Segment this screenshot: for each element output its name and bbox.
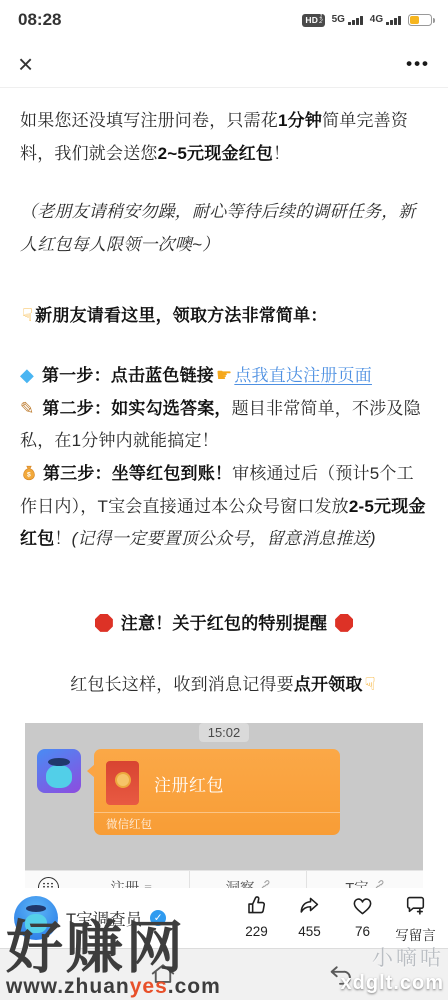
gem-icon: ◆ <box>20 365 34 385</box>
point-right-icon: ☛ <box>216 365 232 385</box>
favorite-icon <box>350 893 375 923</box>
status-icons: HD 12 5G 4G <box>302 14 432 27</box>
like-count: 229 <box>245 924 268 939</box>
text-segment: 如果您还没填写注册问卷，只需花 <box>20 111 278 130</box>
text-segment: 第二步：如实勾选答案， <box>42 399 231 418</box>
point-down-icon: ☟ <box>22 305 33 325</box>
money-bag-icon: $ <box>20 464 38 483</box>
text-segment: ！ <box>273 144 290 163</box>
bottom-nav <box>0 948 448 1000</box>
back-icon[interactable] <box>326 960 356 995</box>
share-icon <box>297 893 322 923</box>
text-segment: （老朋友请稍安勿躁，耐心等待后续的调研任务，新人红包每人限领一次噢~） <box>20 202 416 254</box>
status-bar: 08:28 HD 12 5G 4G <box>0 0 448 40</box>
like-icon <box>244 893 269 923</box>
paragraph-step-2: ✎ 第二步：如实勾选答案，题目非常简单，不涉及隐私，在1分钟内就能搞定！ <box>20 393 428 458</box>
text-segment: 注意！关于红包的特别提醒 <box>116 614 332 633</box>
clock-label: 08:28 <box>18 10 61 30</box>
paragraph-note-old-friends: （老朋友请稍安勿躁，耐心等待后续的调研任务，新人红包每人限领一次噢~） <box>20 196 428 261</box>
close-icon[interactable]: × <box>18 51 33 77</box>
text-segment: 第一步：点击蓝色链接 <box>42 366 214 385</box>
text-segment: 新朋友请看这里，领取方法非常简单： <box>35 306 327 325</box>
redpacket-source: 微信红包 <box>94 812 340 832</box>
red-envelope-icon <box>106 761 139 805</box>
engagement-actions: 22945576写留言 <box>232 893 440 944</box>
stop-sign-icon <box>95 614 113 632</box>
engagement-bar: T宝调查员 ✓ 22945576写留言 <box>0 888 448 948</box>
register-link[interactable]: 点我直达注册页面 <box>234 366 372 385</box>
paragraph-step-1: ◆ 第一步：点击蓝色链接☛点我直达注册页面 <box>20 358 428 393</box>
account-row[interactable]: T宝调查员 ✓ <box>14 896 166 940</box>
chat-area: 15:02 注册红包 微信红包 <box>25 723 423 870</box>
comment-count: 写留言 <box>395 924 436 944</box>
paragraph-redpacket-caption: 红包长这样，收到消息记得要点开领取☟ <box>20 667 428 702</box>
bubble-tail <box>87 764 95 778</box>
text-segment: 点开领取 <box>294 675 363 694</box>
text-segment: 红包长这样，收到消息记得要 <box>70 675 294 694</box>
paragraph-intro: 如果您还没填写注册问卷，只需花1分钟简单完善资料，我们就会送您2~5元现金红包！ <box>20 105 428 170</box>
text-segment: 1分钟 <box>278 111 322 130</box>
point-down-icon: ☟ <box>365 674 376 694</box>
share-button[interactable]: 455 <box>285 893 334 944</box>
favorite-button[interactable]: 76 <box>338 893 387 944</box>
article-header: × ••• <box>0 40 448 88</box>
signal-4g-icon: 4G <box>370 15 401 25</box>
text-segment: (记得一定要置顶公众号，留意消息推送) <box>72 529 376 548</box>
share-count: 455 <box>298 924 321 939</box>
paragraph-step-3: $ 第三步：坐等红包到账！审核通过后（预计5个工作日内），T宝会直接通过本公众号… <box>20 458 428 556</box>
comment-button[interactable]: 写留言 <box>391 893 440 944</box>
chat-timestamp: 15:02 <box>199 723 250 742</box>
text-segment: 2~5元现金红包 <box>158 144 273 163</box>
redpacket-bubble: 注册红包 微信红包 <box>94 749 340 835</box>
hd-voice-icon: HD 12 <box>302 14 324 27</box>
verified-badge-icon: ✓ <box>150 910 166 926</box>
stop-sign-icon <box>335 614 353 632</box>
redpacket-title: 注册红包 <box>154 771 224 796</box>
account-avatar <box>14 896 58 940</box>
paragraph-notice-heading: 注意！关于红包的特别提醒 <box>20 608 428 641</box>
favorite-count: 76 <box>355 924 370 939</box>
memo-icon: ✎ <box>20 399 34 418</box>
account-name: T宝调查员 <box>66 906 142 930</box>
more-icon[interactable]: ••• <box>406 54 430 74</box>
comment-icon <box>403 893 428 923</box>
text-segment: ！ <box>54 529 71 548</box>
signal-5g-icon: 5G <box>332 15 363 25</box>
text-segment: 第三步：坐等红包到账！ <box>43 464 232 483</box>
like-button[interactable]: 229 <box>232 893 281 944</box>
chat-avatar <box>37 749 81 793</box>
battery-icon <box>408 14 432 26</box>
svg-text:$: $ <box>27 471 31 478</box>
article-body: 如果您还没填写注册问卷，只需花1分钟简单完善资料，我们就会送您2~5元现金红包！… <box>0 105 448 701</box>
home-icon[interactable] <box>148 959 178 994</box>
chat-screenshot[interactable]: 15:02 注册红包 微信红包 注册≡洞察T宝 <box>25 713 423 893</box>
paragraph-new-friends-heading: ☟新朋友请看这里，领取方法非常简单： <box>20 298 428 333</box>
